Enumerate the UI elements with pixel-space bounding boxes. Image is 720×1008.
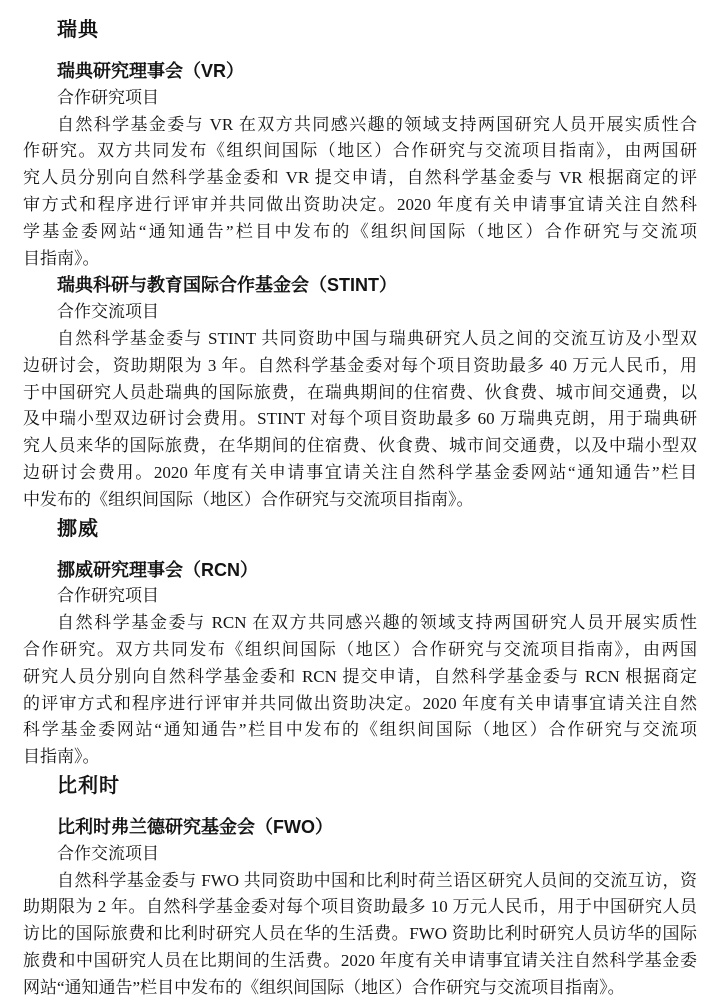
paragraph-line: 中发布的《组织间国际（地区）合作研究与交流项目指南》。	[23, 487, 697, 514]
agency-heading-rcn: 挪威研究理事会（RCN）	[23, 557, 697, 584]
country-heading-sweden: 瑞典	[23, 17, 697, 43]
program-type-label: 合作交流项目	[23, 841, 697, 868]
paragraph-line: 自然科学基金委与 VR 在双方共同感兴趣的领域支持两国研究人员开展实质性合	[23, 112, 697, 139]
paragraph-line: 的评审方式和程序进行评审并共同做出资助决定。2020 年度有关申请事宜请关注自然	[23, 691, 697, 718]
paragraph-line: 网站“通知通告”栏目中发布的《组织间国际（地区）合作研究与交流项目指南》。	[23, 975, 697, 1002]
paragraph-line: 究人员来华的国际旅费，在华期间的住宿费、伙食费、城市间交通费，以及中瑞小型双	[23, 433, 697, 460]
paragraph-line: 科学基金委网站“通知通告”栏目中发布的《组织间国际（地区）合作研究与交流项	[23, 717, 697, 744]
agency-heading-stint: 瑞典科研与教育国际合作基金会（STINT）	[23, 272, 697, 299]
paragraph-line: 自然科学基金委与 FWO 共同资助中国和比利时荷兰语区研究人员间的交流互访，资	[23, 868, 697, 895]
agency-heading-fwo: 比利时弗兰德研究基金会（FWO）	[23, 814, 697, 841]
paragraph-line: 作研究。双方共同发布《组织间国际（地区）合作研究与交流项目指南》，由两国研	[23, 138, 697, 165]
program-type-label: 合作研究项目	[23, 85, 697, 112]
country-heading-belgium: 比利时	[23, 773, 697, 799]
document-page: 瑞典 瑞典研究理事会（VR） 合作研究项目 自然科学基金委与 VR 在双方共同感…	[0, 0, 720, 1008]
paragraph-line: 合作研究。双方共同发布《组织间国际（地区）合作研究与交流项目指南》，由两国	[23, 637, 697, 664]
paragraph-line: 目指南》。	[23, 744, 697, 771]
paragraph-line: 自然科学基金委与 RCN 在双方共同感兴趣的领域支持两国研究人员开展实质性	[23, 610, 697, 637]
paragraph-line: 究人员分别向自然科学基金委和 VR 提交申请，自然科学基金委与 VR 根据商定的…	[23, 165, 697, 192]
paragraph-line: 助期限为 2 年。自然科学基金委对每个项目资助最多 10 万元人民币，用于中国研…	[23, 894, 697, 921]
paragraph-line: 自然科学基金委与 STINT 共同资助中国与瑞典研究人员之间的交流互访及小型双	[23, 326, 697, 353]
paragraph-line: 旅费和中国研究人员在比期间的生活费。2020 年度有关申请事宜请关注自然科学基金…	[23, 948, 697, 975]
program-type-label: 合作研究项目	[23, 583, 697, 610]
paragraph-line: 于中国研究人员赴瑞典的国际旅费，在瑞典期间的住宿费、伙食费、城市间交通费，以	[23, 380, 697, 407]
paragraph-line: 及中瑞小型双边研讨会费用。STINT 对每个项目资助最多 60 万瑞典克朗，用于…	[23, 406, 697, 433]
program-type-label: 合作交流项目	[23, 299, 697, 326]
paragraph-line: 学基金委网站“通知通告”栏目中发布的《组织间国际（地区）合作研究与交流项	[23, 219, 697, 246]
agency-heading-vr: 瑞典研究理事会（VR）	[23, 58, 697, 85]
paragraph-line: 目指南》。	[23, 246, 697, 273]
paragraph-line: 研究人员分别向自然科学基金委和 RCN 提交申请，自然科学基金委与 RCN 根据…	[23, 664, 697, 691]
paragraph-line: 边研讨会，资助期限为 3 年。自然科学基金委对每个项目资助最多 40 万元人民币…	[23, 353, 697, 380]
paragraph-line: 边研讨会费用。2020 年度有关申请事宜请关注自然科学基金委网站“通知通告”栏目	[23, 460, 697, 487]
paragraph-line: 审方式和程序进行评审并共同做出资助决定。2020 年度有关申请事宜请关注自然科	[23, 192, 697, 219]
paragraph-line: 访比的国际旅费和比利时研究人员在华的生活费。FWO 资助比利时研究人员访华的国际	[23, 921, 697, 948]
country-heading-norway: 挪威	[23, 516, 697, 542]
